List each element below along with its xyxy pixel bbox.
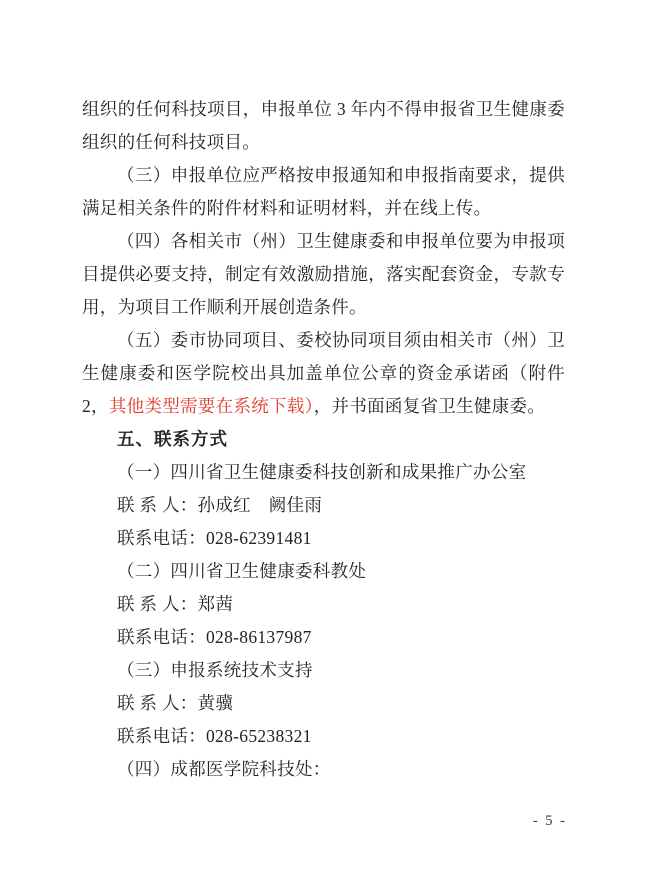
contact-person-1: 联 系 人：孙成红 阙佳雨 — [82, 489, 565, 522]
contact-org-4: （四）成都医学院科技处： — [82, 753, 565, 786]
contact-org-2: （二）四川省卫生健康委科教处 — [82, 555, 565, 588]
contact-person-2: 联 系 人：郑茜 — [82, 588, 565, 621]
contact-phone-1: 联系电话：028-62391481 — [82, 522, 565, 555]
red-highlight-text: 其他类型需要在系统下载） — [109, 396, 314, 416]
paragraph-item-4: （四）各相关市（州）卫生健康委和申报单位要为申报项目提供必要支持，制定有效激励措… — [82, 225, 565, 324]
contact-org-3: （三）申报系统技术支持 — [82, 654, 565, 687]
paragraph-item-5-text-end: ，并书面函复省卫生健康委。 — [314, 396, 545, 416]
paragraph-continued: 组织的任何科技项目，申报单位 3 年内不得申报省卫生健康委组织的任何科技项目。 — [82, 93, 565, 159]
contact-org-1: （一）四川省卫生健康委科技创新和成果推广办公室 — [82, 456, 565, 489]
document-body: 组织的任何科技项目，申报单位 3 年内不得申报省卫生健康委组织的任何科技项目。 … — [82, 93, 565, 786]
page-number: - 5 - — [533, 812, 567, 830]
contact-phone-2: 联系电话：028-86137987 — [82, 621, 565, 654]
paragraph-item-3: （三）申报单位应严格按申报通知和申报指南要求，提供满足相关条件的附件材料和证明材… — [82, 159, 565, 225]
contact-phone-3: 联系电话：028-65238321 — [82, 720, 565, 753]
section-heading-contacts: 五、联系方式 — [82, 423, 565, 456]
contact-person-3: 联 系 人：黄骥 — [82, 687, 565, 720]
paragraph-item-5: （五）委市协同项目、委校协同项目须由相关市（州）卫生健康委和医学院校出具加盖单位… — [82, 324, 565, 423]
document-page: 组织的任何科技项目，申报单位 3 年内不得申报省卫生健康委组织的任何科技项目。 … — [0, 0, 645, 880]
